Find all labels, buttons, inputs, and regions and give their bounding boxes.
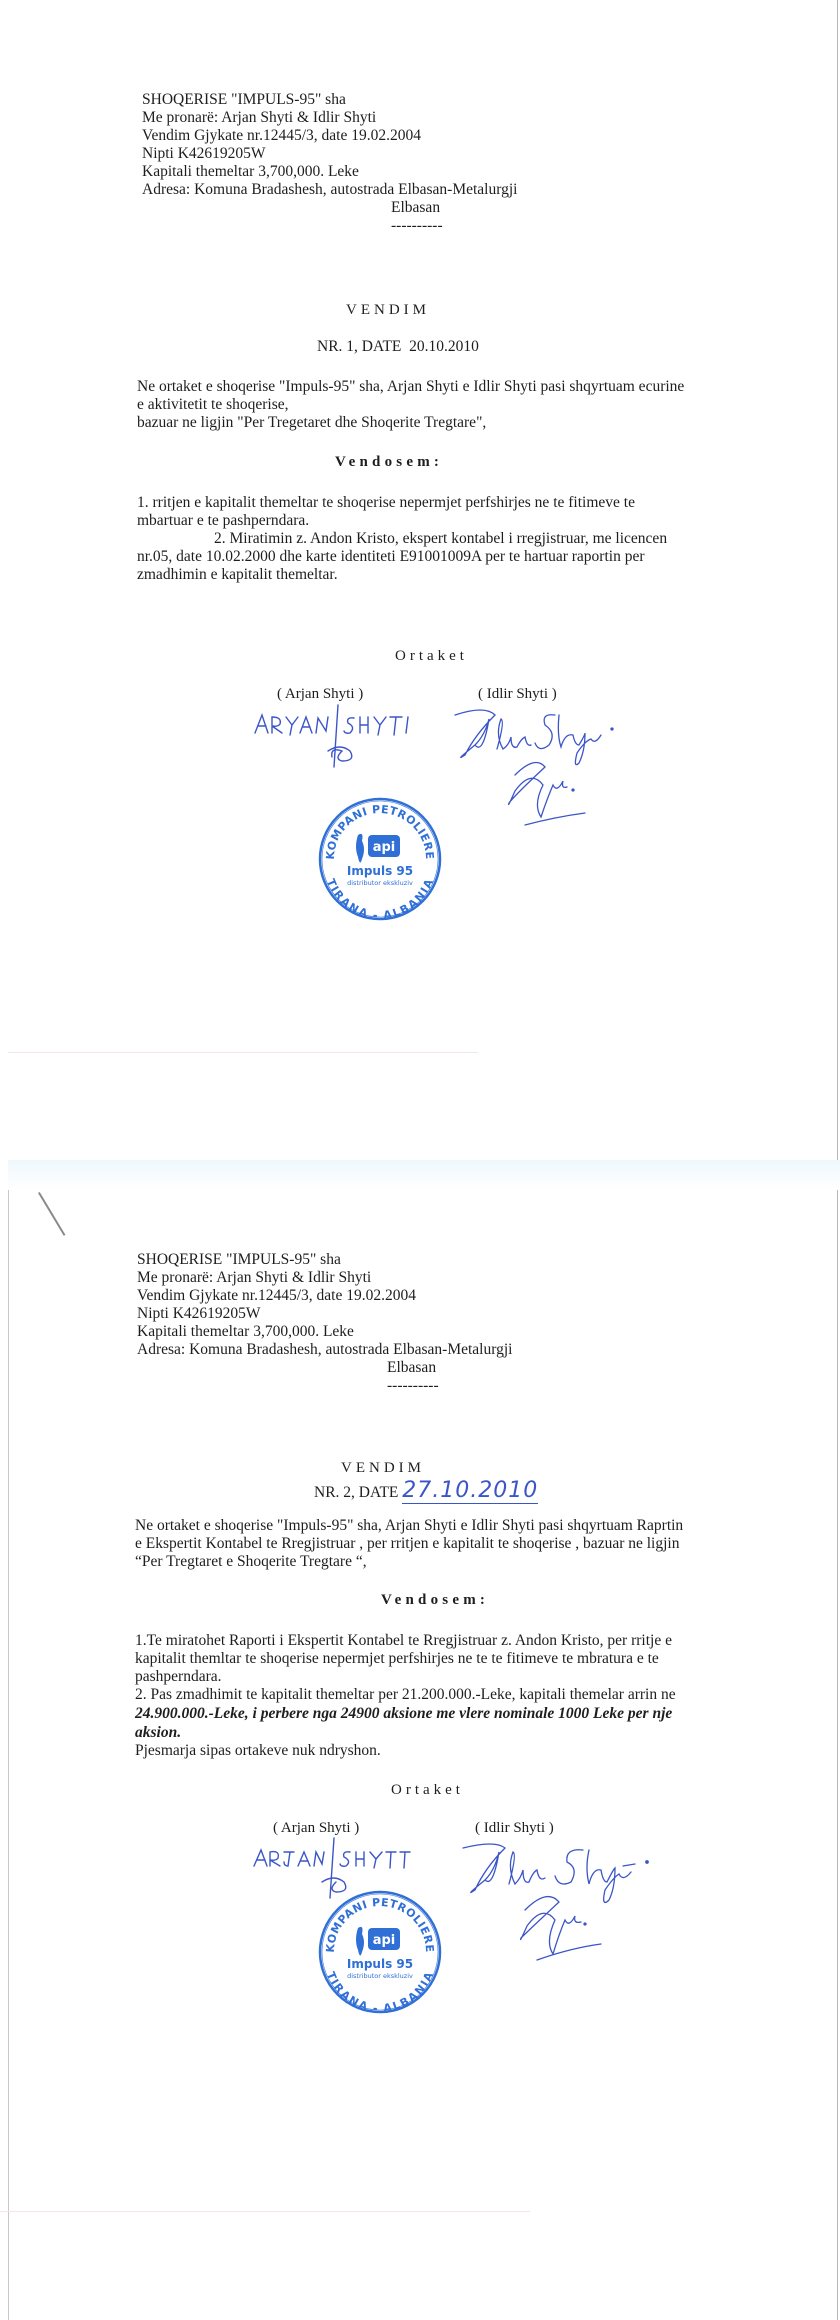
partners-heading: Ortaket — [391, 1782, 464, 1799]
item-line: kapitalit themltar te shoqerise nepermje… — [135, 1650, 659, 1668]
court-decision: Vendim Gjykate nr.12445/3, date 19.02.20… — [137, 1287, 416, 1305]
decision-number: NR. 2, DATE 27.10.2010 — [314, 1478, 538, 1503]
signature-arjan — [250, 705, 420, 770]
signer-arjan: ( Arjan Shyti ) — [273, 1820, 359, 1837]
preamble-line: e Ekspertit Kontabel te Rregjistruar , p… — [135, 1535, 679, 1553]
document-page-1: SHOQERISE "IMPULS-95" sha Me pronarë: Ar… — [0, 0, 840, 1160]
preamble-line: “Per Tregtaret e Shoqerite Tregtare “, — [135, 1553, 367, 1571]
signer-arjan: ( Arjan Shyti ) — [277, 686, 363, 703]
document-title: VENDIM — [341, 1460, 425, 1477]
capital: Kapitali themeltar 3,700,000. Leke — [137, 1323, 354, 1341]
item-line: 1.Te miratohet Raporti i Ekspertit Konta… — [135, 1632, 672, 1650]
page-edge — [8, 1160, 9, 2320]
page-edge — [837, 0, 838, 1160]
number-label: NR. 1, DATE — [317, 338, 401, 355]
preamble-line: Ne ortaket e shoqerise "Impuls-95" sha, … — [135, 1517, 683, 1535]
stamp-name: Impuls 95 — [347, 1957, 413, 1971]
nipt: Nipti K42619205W — [137, 1305, 261, 1323]
owners: Me pronarë: Arjan Shyti & Idlir Shyti — [142, 109, 376, 127]
company-name: SHOQERISE "IMPULS-95" sha — [137, 1251, 341, 1269]
item-line: zmadhimin e kapitalit themeltar. — [137, 566, 338, 584]
document-page-2: SHOQERISE "IMPULS-95" sha Me pronarë: Ar… — [0, 1160, 840, 2320]
nipt: Nipti K42619205W — [142, 145, 266, 163]
signer-idlir: ( Idlir Shyti ) — [475, 1820, 554, 1837]
court-decision: Vendim Gjykate nr.12445/3, date 19.02.20… — [142, 127, 421, 145]
stamp-figure-icon — [356, 1927, 364, 1956]
city: Elbasan — [391, 199, 440, 217]
stamp-subtitle: distributor ekskluziv — [347, 1972, 413, 1980]
address: Adresa: Komuna Bradashesh, autostrada El… — [137, 1341, 512, 1359]
document-title: VENDIM — [346, 302, 430, 319]
page-edge — [837, 1160, 838, 2320]
stamp-logo: api — [373, 1933, 396, 1948]
divider: ---------- — [387, 1377, 439, 1395]
company-name: SHOQERISE "IMPULS-95" sha — [142, 91, 346, 109]
item-line: 2. Miratimin z. Andon Kristo, ekspert ko… — [214, 530, 667, 548]
item-line: 1. rritjen e kapitalit themeltar te shoq… — [137, 494, 635, 512]
item-line: pashperndara. — [135, 1668, 222, 1686]
signature-idlir — [455, 1838, 675, 1968]
item-line-bold: 24.900.000.-Leke, i perbere nga 24900 ak… — [135, 1705, 672, 1723]
decision-heading: Vendosem: — [335, 454, 443, 471]
scan-artifact — [8, 1160, 840, 1190]
preamble-line: bazuar ne ligjin "Per Tregetaret dhe Sho… — [137, 414, 486, 432]
signature-idlir — [445, 705, 645, 835]
preamble-line: e aktivitetit te shoqerise, — [137, 396, 289, 414]
stamp-subtitle: distributor ekskluziv — [347, 879, 413, 887]
preamble-line: Ne ortaket e shoqerise "Impuls-95" sha, … — [137, 378, 684, 396]
handwritten-date: 27.10.2010 — [402, 1478, 538, 1504]
closing-line: Pjesmarja sipas ortakeve nuk ndryshon. — [135, 1742, 381, 1760]
number-label: NR. 2, DATE — [314, 1484, 398, 1501]
item-line: nr.05, date 10.02.2000 dhe karte identit… — [137, 548, 644, 566]
city: Elbasan — [387, 1359, 436, 1377]
item-line-bold: aksion. — [135, 1724, 181, 1742]
capital: Kapitali themeltar 3,700,000. Leke — [142, 163, 359, 181]
partners-heading: Ortaket — [395, 648, 468, 665]
signer-idlir: ( Idlir Shyti ) — [478, 686, 557, 703]
stamp-figure-icon — [356, 834, 364, 863]
scan-artifact — [8, 1052, 478, 1053]
scan-artifact — [0, 2211, 530, 2212]
item-line: 2. Pas zmadhimit te kapitalit themeltar … — [135, 1686, 676, 1704]
owners: Me pronarë: Arjan Shyti & Idlir Shyti — [137, 1269, 371, 1287]
company-stamp: KOMPANI PETROLIERE TIRANA - ALBANIA api … — [318, 797, 442, 921]
address: Adresa: Komuna Bradashesh, autostrada El… — [142, 181, 517, 199]
stamp-name: Impuls 95 — [347, 864, 413, 878]
company-stamp: KOMPANI PETROLIERE TIRANA - ALBANIA api … — [318, 1890, 442, 2014]
stamp-logo: api — [373, 840, 396, 855]
decision-date: 20.10.2010 — [409, 338, 479, 355]
divider: ---------- — [391, 217, 443, 235]
decision-heading: Vendosem: — [381, 1592, 489, 1609]
pen-mark — [38, 1192, 65, 1236]
decision-number: NR. 1, DATE 20.10.2010 — [317, 338, 479, 356]
item-line: mbartuar e te pashperndara. — [137, 512, 309, 530]
